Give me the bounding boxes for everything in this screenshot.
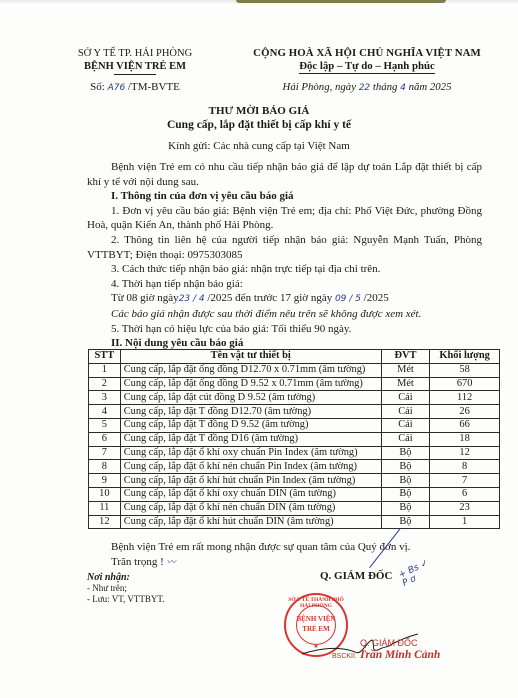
row-quantity: 23 (430, 501, 500, 515)
row-stt: 12 (89, 515, 121, 529)
day-handwritten: 22 (359, 83, 370, 93)
greeting: Kính gửi: Các nhà cung cấp tại Việt Nam (0, 140, 518, 152)
row-stt: 3 (89, 391, 121, 405)
row-stt: 2 (89, 377, 121, 391)
row-unit: Cái (381, 432, 430, 446)
header-quantity: Khối lượng (430, 350, 500, 364)
initial-mark-icon: 〰 (167, 558, 176, 568)
period-to-date: 09 / 5 (335, 294, 361, 304)
document-title: THƯ MỜI BÁO GIÁ (0, 105, 518, 117)
table-row: 5Cung cấp, lắp đặt T đồng D 9.52 (âm tườ… (89, 418, 500, 432)
table-row: 8Cung cấp, lắp đặt ổ khí nén chuẩn Pin I… (89, 460, 500, 474)
items-table: STT Tên vật tư thiết bị ĐVT Khối lượng 1… (88, 349, 500, 529)
row-unit: Mét (381, 363, 430, 377)
closing-line: Bệnh viện Trẻ em rất mong nhận được sự q… (111, 540, 410, 555)
period-from-date: 23 / 4 (179, 294, 205, 304)
submission-period: Từ 08 giờ ngày23 / 4 /2025 đến trước 17 … (87, 291, 482, 307)
row-item-name: Cung cấp, lắp đặt ổ khí hút chuẩn Pin In… (120, 474, 381, 488)
row-item-name: Cung cấp, lắp đặt T đồng D 9.52 (âm tườn… (120, 418, 381, 432)
row-unit: Bộ (381, 460, 430, 474)
row-stt: 4 (89, 405, 121, 419)
period-end-year: /2025 (364, 292, 389, 304)
row-unit: Bộ (381, 515, 430, 529)
row-item-name: Cung cấp, lắp đặt ổ khí oxy chuẩn Pin In… (120, 446, 381, 460)
issuer-header: SỞ Y TẾ TP. HẢI PHÒNG BỆNH VIỆN TRẺ EM S… (60, 47, 210, 95)
row-stt: 7 (89, 446, 121, 460)
late-submission-note: Các báo giá nhận được sau thời điểm nêu … (87, 307, 482, 322)
row-stt: 9 (89, 474, 121, 488)
number-handwritten: A76 (108, 83, 126, 93)
row-stt: 5 (89, 418, 121, 432)
period-from-label: Từ 08 giờ ngày (111, 292, 179, 304)
row-item-name: Cung cấp, lắp đặt ổ khí oxy chuẩn DIN (â… (120, 487, 381, 501)
row-quantity: 8 (430, 460, 500, 474)
row-unit: Bộ (381, 501, 430, 515)
recipients-block: Nơi nhận: - Như trên; - Lưu: VT, VTTBYT. (87, 572, 164, 605)
row-item-name: Cung cấp, lắp đặt cút đồng D 9.52 (âm tư… (120, 391, 381, 405)
row-unit: Bộ (381, 446, 430, 460)
date-prefix: Hải Phòng, ngày (283, 81, 356, 93)
row-item-name: Cung cấp, lắp đặt ống đồng D12.70 x 0.71… (120, 363, 381, 377)
row-stt: 11 (89, 501, 121, 515)
regards-text: Trân trọng ! (111, 556, 164, 568)
row-unit: Mét (381, 377, 430, 391)
header-unit: ĐVT (381, 350, 430, 364)
header-stt: STT (89, 350, 121, 364)
year-text: năm 2025 (409, 81, 452, 93)
row-quantity: 12 (430, 446, 500, 460)
period-mid-text: /2025 đến trước 17 giờ ngày (207, 292, 332, 304)
row-item-name: Cung cấp, lắp đặt ổ khí nén chuẩn DIN (â… (120, 501, 381, 515)
number-suffix: /TM-BVTE (128, 81, 180, 93)
row-quantity: 1 (430, 515, 500, 529)
number-label: Số: (90, 81, 105, 93)
signer-name: Trần Minh Cảnh (359, 649, 440, 661)
nation-name: CỘNG HOÀ XÃ HỘI CHỦ NGHĨA VIỆT NAM (232, 47, 502, 60)
document-body: Bệnh viện Trẻ em có nhu cầu tiếp nhận bá… (87, 160, 482, 351)
table-row: 10Cung cấp, lắp đặt ổ khí oxy chuẩn DIN … (89, 487, 500, 501)
row-quantity: 26 (430, 405, 500, 419)
row-quantity: 18 (430, 432, 500, 446)
section-1-item-4: 4. Thời hạn tiếp nhận báo giá: (87, 277, 482, 292)
row-item-name: Cung cấp, lắp đặt T đồng D12.70 (âm tườn… (120, 405, 381, 419)
row-stt: 10 (89, 487, 121, 501)
national-header: CỘNG HOÀ XÃ HỘI CHỦ NGHĨA VIỆT NAM Độc l… (232, 47, 502, 95)
row-quantity: 58 (430, 363, 500, 377)
header-underline (114, 74, 156, 75)
row-unit: Bộ (381, 474, 430, 488)
table-row: 12Cung cấp, lắp đặt ổ khí hút chuẩn DIN … (89, 515, 500, 529)
month-handwritten: 4 (400, 83, 406, 93)
row-quantity: 7 (430, 474, 500, 488)
hospital-name: BỆNH VIỆN TRẺ EM (60, 60, 210, 73)
intro-paragraph: Bệnh viện Trẻ em có nhu cầu tiếp nhận bá… (87, 160, 482, 189)
row-item-name: Cung cấp, lắp đặt T đồng D16 (âm tường) (120, 432, 381, 446)
row-stt: 8 (89, 460, 121, 474)
row-quantity: 6 (430, 487, 500, 501)
header-item-name: Tên vật tư thiết bị (120, 350, 381, 364)
row-item-name: Cung cấp, lắp đặt ổ khí nén chuẩn Pin In… (120, 460, 381, 474)
closing-text: Bệnh viện Trẻ em rất mong nhận được sự q… (111, 540, 410, 571)
row-unit: Cái (381, 391, 430, 405)
signer-title: Q. GIÁM ĐỐC (360, 638, 418, 648)
row-quantity: 66 (430, 418, 500, 432)
document-subtitle: Cung cấp, lắp đặt thiết bị cấp khí y tế (0, 119, 518, 131)
row-quantity: 112 (430, 391, 500, 405)
row-stt: 6 (89, 432, 121, 446)
section-1-item-5: 5. Thời hạn có hiệu lực của báo giá: Tối… (87, 322, 482, 337)
table-row: 2Cung cấp, lắp đặt ống đồng D 9.52 x 0.7… (89, 377, 500, 391)
national-motto: Độc lập – Tự do – Hạnh phúc (299, 60, 435, 74)
signer-name-stamp: BSCKII.Trần Minh Cảnh (332, 649, 440, 661)
stamp-text-line-1: BỆNH VIỆN (286, 615, 346, 623)
row-unit: Bộ (381, 487, 430, 501)
row-item-name: Cung cấp, lắp đặt ống đồng D 9.52 x 0.71… (120, 377, 381, 391)
table-header-row: STT Tên vật tư thiết bị ĐVT Khối lượng (89, 350, 500, 364)
table-row: 3Cung cấp, lắp đặt cút đồng D 9.52 (âm t… (89, 391, 500, 405)
document-date: Hải Phòng, ngày 22 tháng 4 năm 2025 (232, 81, 502, 95)
signer-prefix: BSCKII. (332, 653, 357, 660)
regards-line: Trân trọng ! 〰 (111, 555, 410, 571)
department-name: SỞ Y TẾ TP. HẢI PHÒNG (60, 47, 210, 60)
section-1-item-2: 2. Thông tin liên hệ của người tiếp nhận… (87, 233, 482, 262)
document-number: Số: A76 /TM-BVTE (60, 81, 210, 95)
table-row: 7Cung cấp, lắp đặt ổ khí oxy chuẩn Pin I… (89, 446, 500, 460)
month-label: tháng (373, 81, 398, 93)
section-1-item-3: 3. Cách thức tiếp nhận báo giá: nhận trự… (87, 262, 482, 277)
document-page: SỞ Y TẾ TP. HẢI PHÒNG BỆNH VIỆN TRẺ EM S… (0, 0, 518, 698)
row-quantity: 670 (430, 377, 500, 391)
recipient-item: - Như trên; (87, 583, 164, 594)
row-unit: Cái (381, 405, 430, 419)
table-row: 6Cung cấp, lắp đặt T đồng D16 (âm tường)… (89, 432, 500, 446)
recipients-label: Nơi nhận: (87, 572, 164, 583)
section-1-heading: I. Thông tin của đơn vị yêu cầu báo giá (87, 189, 482, 204)
row-unit: Cái (381, 418, 430, 432)
signature-title: Q. GIÁM ĐỐC (320, 570, 392, 582)
table-row: 4Cung cấp, lắp đặt T đồng D12.70 (âm tườ… (89, 405, 500, 419)
row-item-name: Cung cấp, lắp đặt ổ khí hút chuẩn DIN (â… (120, 515, 381, 529)
section-1-item-1: 1. Đơn vị yêu cầu báo giá: Bệnh viện Trẻ… (87, 204, 482, 233)
table-row: 9Cung cấp, lắp đặt ổ khí hút chuẩn Pin I… (89, 474, 500, 488)
row-stt: 1 (89, 363, 121, 377)
table-row: 11Cung cấp, lắp đặt ổ khí nén chuẩn DIN … (89, 501, 500, 515)
recipient-item: - Lưu: VT, VTTBYT. (87, 594, 164, 605)
table-row: 1Cung cấp, lắp đặt ống đồng D12.70 x 0.7… (89, 363, 500, 377)
